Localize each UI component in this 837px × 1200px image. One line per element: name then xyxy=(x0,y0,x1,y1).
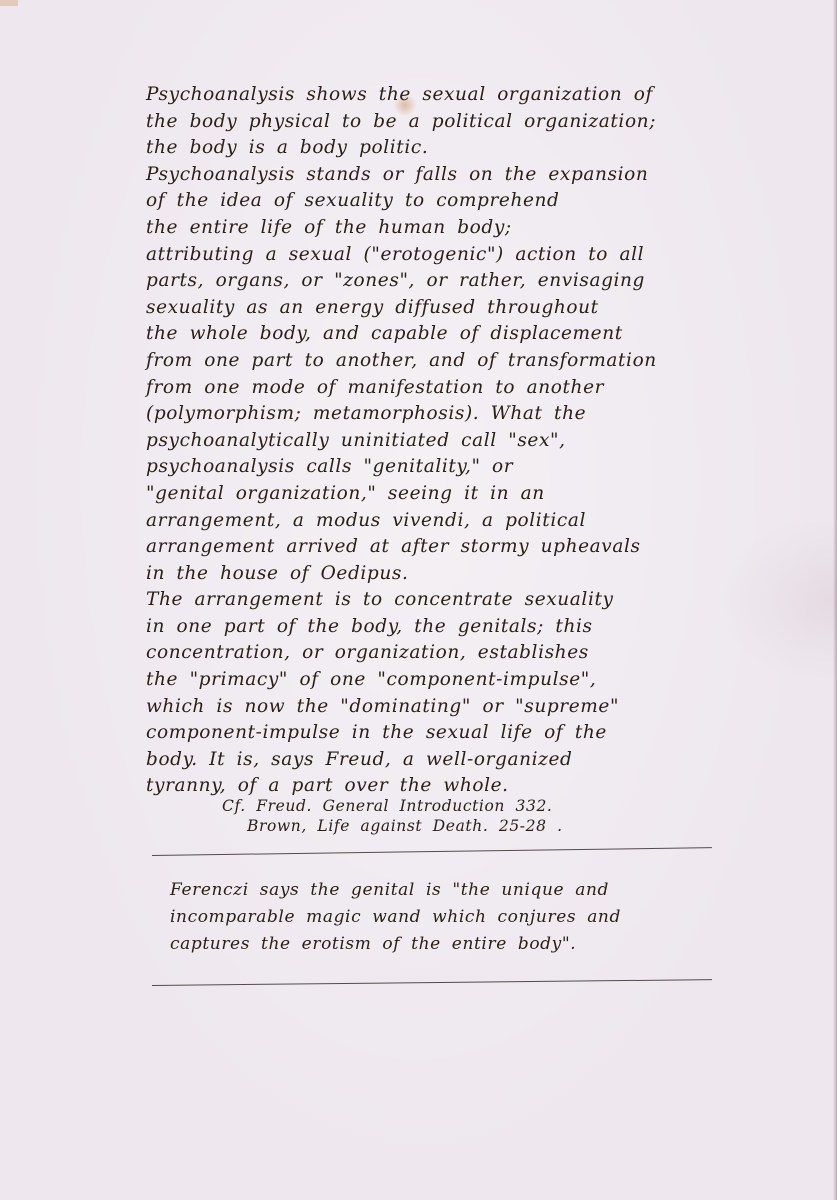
text-line: the body physical to be a political orga… xyxy=(146,109,657,136)
note-line: captures the erotism of the entire body"… xyxy=(170,931,621,958)
text-line: in the house of Oedipus. xyxy=(146,561,657,588)
citation-block: Cf. Freud. General Introduction 332. Bro… xyxy=(222,796,563,836)
text-line: from one mode of manifestation to anothe… xyxy=(146,375,657,402)
divider-line xyxy=(152,979,712,986)
text-line: of the idea of sexuality to comprehend xyxy=(146,188,657,215)
ferenczi-note: Ferenczi says the genital is "the unique… xyxy=(170,877,621,958)
text-line: The arrangement is to concentrate sexual… xyxy=(146,587,657,614)
text-line: psychoanalytically uninitiated call "sex… xyxy=(146,428,657,455)
note-line: incomparable magic wand which conjures a… xyxy=(170,904,621,931)
citation-line: Cf. Freud. General Introduction 332. xyxy=(222,796,563,816)
text-line: Psychoanalysis shows the sexual organiza… xyxy=(146,82,657,109)
page-corner-mark xyxy=(0,0,18,6)
manuscript-page: Psychoanalysis shows the sexual organiza… xyxy=(0,0,837,1200)
text-line: "genital organization," seeing it in an xyxy=(146,481,657,508)
text-line: the "primacy" of one "component-impulse"… xyxy=(146,667,657,694)
divider-line xyxy=(152,847,712,856)
text-line: concentration, or organization, establis… xyxy=(146,640,657,667)
text-line: psychoanalysis calls "genitality," or xyxy=(146,454,657,481)
text-line: which is now the "dominating" or "suprem… xyxy=(146,694,657,721)
text-line: the body is a body politic. xyxy=(146,135,657,162)
text-line: attributing a sexual ("erotogenic") acti… xyxy=(146,242,657,269)
text-line: from one part to another, and of transfo… xyxy=(146,348,657,375)
text-line: the entire life of the human body; xyxy=(146,215,657,242)
note-line: Ferenczi says the genital is "the unique… xyxy=(170,877,621,904)
text-line: in one part of the body, the genitals; t… xyxy=(146,614,657,641)
text-line: component-impulse in the sexual life of … xyxy=(146,720,657,747)
text-line: parts, organs, or "zones", or rather, en… xyxy=(146,268,657,295)
text-line: Psychoanalysis stands or falls on the ex… xyxy=(146,162,657,189)
text-line: (polymorphism; metamorphosis). What the xyxy=(146,401,657,428)
text-line: the whole body, and capable of displacem… xyxy=(146,321,657,348)
text-line: sexuality as an energy diffused througho… xyxy=(146,295,657,322)
text-line: body. It is, says Freud, a well-organize… xyxy=(146,747,657,774)
text-line: arrangement arrived at after stormy uphe… xyxy=(146,534,657,561)
page-right-edge xyxy=(833,0,837,1200)
main-handwritten-text: Psychoanalysis shows the sexual organiza… xyxy=(146,82,657,800)
citation-line: Brown, Life against Death. 25-28 . xyxy=(222,816,563,836)
text-line: arrangement, a modus vivendi, a politica… xyxy=(146,508,657,535)
